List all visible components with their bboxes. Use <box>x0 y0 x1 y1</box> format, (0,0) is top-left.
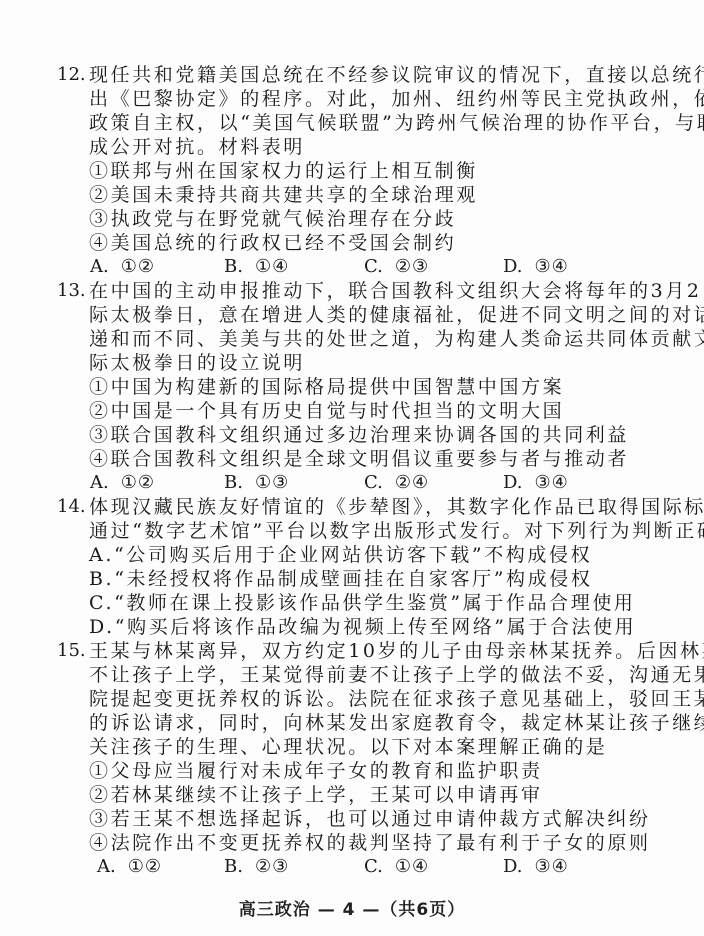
statement: ②若林某继续不让孩子上学，王某可以申请再审 <box>0 783 704 807</box>
question-14: 14. 体现汉藏民族友好情谊的《步辇图》，其数字化作品已取得国际标准书号，并 通… <box>0 495 704 639</box>
question-stem-line: 关注孩子的生理、心理状况。以下对本案理解正确的是 <box>0 735 704 759</box>
question-stem-line: 15. 王某与林某离异，双方约定10岁的儿子由母亲林某抚养。后因林某再婚等原因 <box>0 639 704 663</box>
question-stem-line: 不让孩子上学，王某觉得前妻不让孩子上学的做法不妥，沟通无果后，便向法 <box>0 663 704 687</box>
statement: ①联邦与州在国家权力的运行上相互制衡 <box>0 159 704 183</box>
choice-a: A.①② <box>97 855 162 879</box>
answer-choices: A.①② B.①④ C.②③ D.③④ <box>0 255 704 279</box>
option-a: A.“公司购买后用于企业网站供访客下载”不构成侵权 <box>0 543 704 567</box>
question-stem-line: 政策自主权，以“美国气候联盟”为跨州气候治理的协作平台，与联邦政府形 <box>0 111 704 135</box>
statement: ①中国为构建新的国际格局提供中国智慧中国方案 <box>0 375 704 399</box>
choice-a: A.①② <box>90 471 155 495</box>
choice-d: D.③④ <box>503 471 569 495</box>
option-d: D.“购买后将该作品改编为视频上传至网络”属于合法使用 <box>0 615 704 639</box>
choice-d: D.③④ <box>503 855 569 879</box>
choice-b: B.②③ <box>224 855 289 879</box>
statement: ②美国未秉持共商共建共享的全球治理观 <box>0 183 704 207</box>
choice-b: B.①④ <box>224 255 289 279</box>
statement: ④美国总统的行政权已经不受国会制约 <box>0 231 704 255</box>
choice-a: A.①② <box>90 255 155 279</box>
choice-b: B.①③ <box>224 471 289 495</box>
choice-c: C.②④ <box>364 471 429 495</box>
statement: ③执政党与在野党就气候治理存在分歧 <box>0 207 704 231</box>
page-footer: 高三政治 — 4 —（共6页） <box>0 895 704 920</box>
exam-content: 12. 现任共和党籍美国总统在不经参议院审议的情况下，直接以总统行政权启动退 出… <box>0 63 704 879</box>
exam-page: 12. 现任共和党籍美国总统在不经参议院审议的情况下，直接以总统行政权启动退 出… <box>0 0 704 936</box>
question-13: 13. 在中国的主动申报推动下，联合国教科文组织大会将每年的3月21日设立为国 … <box>0 279 704 495</box>
question-stem-line: 通过“数字艺术馆”平台以数字出版形式发行。对下列行为判断正确的是 <box>0 519 704 543</box>
answer-choices: A.①② B.②③ C.①④ D.③④ <box>0 855 704 879</box>
choice-c: C.①④ <box>364 855 429 879</box>
question-15: 15. 王某与林某离异，双方约定10岁的儿子由母亲林某抚养。后因林某再婚等原因 … <box>0 639 704 879</box>
statement: ③若王某不想选择起诉，也可以通过申请仲裁方式解决纠纷 <box>0 807 704 831</box>
statement: ②中国是一个具有历史自觉与时代担当的文明大国 <box>0 399 704 423</box>
question-number: 12. <box>57 63 86 87</box>
question-stem-line: 成公开对抗。材料表明 <box>0 135 704 159</box>
question-stem-line: 14. 体现汉藏民族友好情谊的《步辇图》，其数字化作品已取得国际标准书号，并 <box>0 495 704 519</box>
statement: ③联合国教科文组织通过多边治理来协调各国的共同利益 <box>0 423 704 447</box>
question-stem-line: 际太极拳日的设立说明 <box>0 351 704 375</box>
question-number: 15. <box>57 639 86 663</box>
question-stem-line: 递和而不同、美美与共的处世之道，为构建人类命运共同体贡献文化力量。国 <box>0 327 704 351</box>
question-number: 13. <box>57 279 86 303</box>
question-number: 14. <box>57 495 86 519</box>
question-12: 12. 现任共和党籍美国总统在不经参议院审议的情况下，直接以总统行政权启动退 出… <box>0 63 704 279</box>
question-stem-line: 12. 现任共和党籍美国总统在不经参议院审议的情况下，直接以总统行政权启动退 <box>0 63 704 87</box>
answer-choices: A.①② B.①③ C.②④ D.③④ <box>0 471 704 495</box>
choice-d: D.③④ <box>503 255 569 279</box>
option-c: C.“教师在课上投影该作品供学生鉴赏”属于作品合理使用 <box>0 591 704 615</box>
statement: ④法院作出不变更抚养权的裁判坚持了最有利于子女的原则 <box>0 831 704 855</box>
question-stem-line: 际太极拳日，意在增进人类的健康福祉，促进不同文明之间的对话与交流，传 <box>0 303 704 327</box>
option-b: B.“未经授权将作品制成壁画挂在自家客厅”构成侵权 <box>0 567 704 591</box>
choice-c: C.②③ <box>364 255 429 279</box>
question-stem-line: 的诉讼请求，同时，向林某发出家庭教育令，裁定林某让孩子继续上学，并多 <box>0 711 704 735</box>
statement: ①父母应当履行对未成年子女的教育和监护职责 <box>0 759 704 783</box>
question-stem-line: 出《巴黎协定》的程序。对此，加州、纽约州等民主党执政州，依托州级气候 <box>0 87 704 111</box>
question-stem-line: 院提起变更抚养权的诉讼。法院在征求孩子意见基础上，驳回王某变更抚养权 <box>0 687 704 711</box>
question-stem-line: 13. 在中国的主动申报推动下，联合国教科文组织大会将每年的3月21日设立为国 <box>0 279 704 303</box>
statement: ④联合国教科文组织是全球文明倡议重要参与者与推动者 <box>0 447 704 471</box>
